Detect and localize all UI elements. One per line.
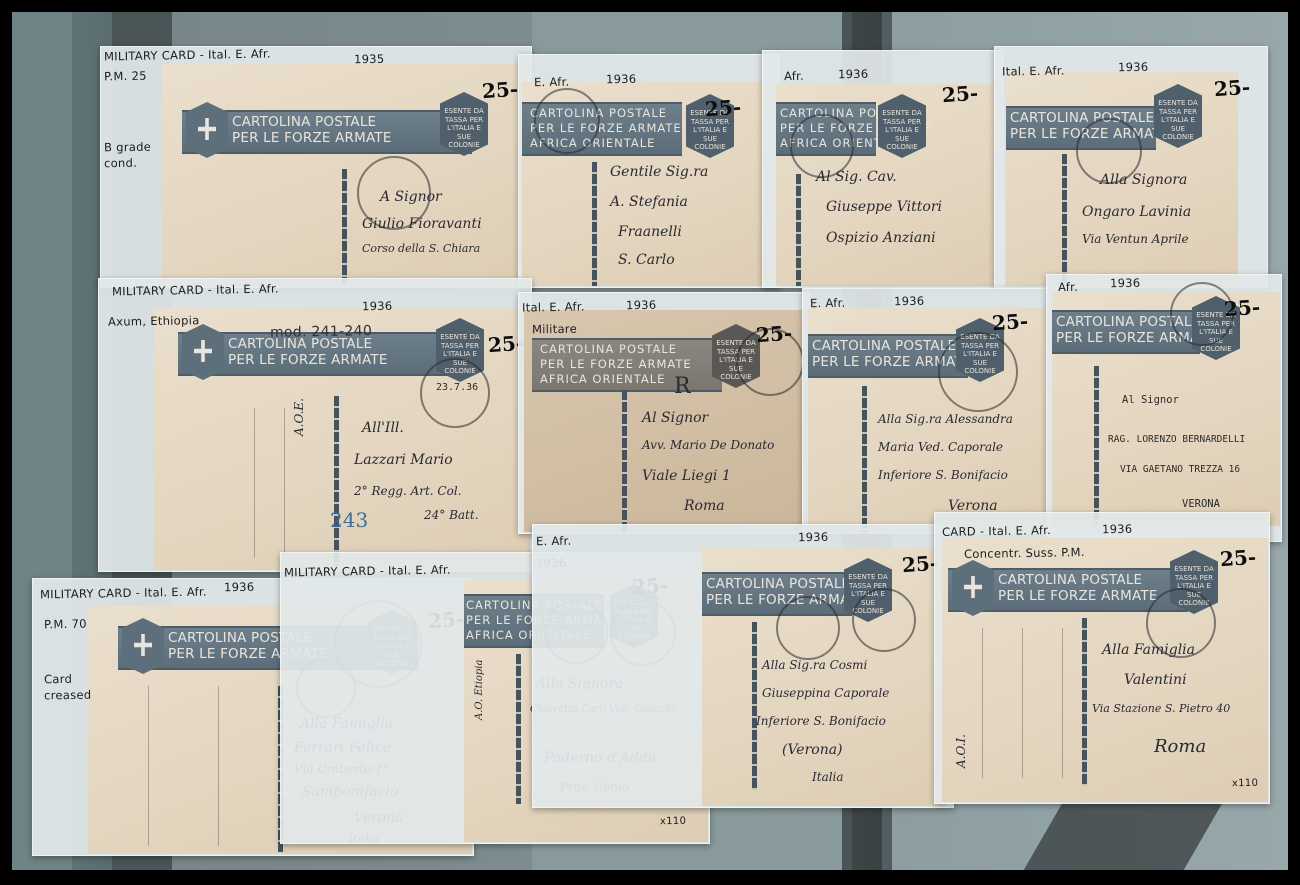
stamp-icon: ESENTE DA TASSA PER L'ITALIA E SUE COLON… bbox=[440, 92, 488, 156]
stamp-icon: ESENTE DA TASSA PER L'ITALIA E SUE COLON… bbox=[878, 94, 926, 158]
card-12: CARTOLINA POSTALEPER LE FORZE ARMATE ESE… bbox=[942, 538, 1268, 802]
flagpole-icon bbox=[334, 396, 339, 566]
flagpole-icon bbox=[516, 654, 521, 804]
crest-icon bbox=[182, 324, 224, 380]
card-1: CARTOLINA POSTALEPER LE FORZE ARMATE ESE… bbox=[162, 64, 532, 286]
flagpole-icon bbox=[622, 390, 627, 532]
flagpole-icon bbox=[1082, 618, 1087, 786]
postmark-icon bbox=[852, 588, 916, 652]
postmark-icon bbox=[776, 596, 840, 660]
flagpole-icon bbox=[1094, 366, 1099, 524]
crest-icon bbox=[122, 618, 164, 674]
postmark-icon bbox=[938, 332, 1018, 412]
flagpole-icon bbox=[752, 622, 757, 790]
quantity-note: x110 bbox=[1232, 778, 1258, 789]
quantity-note: x110 bbox=[660, 816, 686, 827]
postmark-icon bbox=[420, 358, 490, 428]
card-5: CARTOLINA POSTALEPER LE FORZE ARMATE ESE… bbox=[154, 308, 530, 570]
postmark-icon bbox=[534, 88, 600, 154]
flagpole-icon bbox=[592, 162, 597, 286]
stamp-icon: ESENTE DA TASSA PER L'ITALIA E SUE COLON… bbox=[1154, 84, 1202, 148]
card-label: MILITARY CARD - Ital. E. Afr. bbox=[104, 47, 271, 64]
card-3: CARTOLINA POSTALEPER LE FORZE ARMATEAFRI… bbox=[776, 84, 998, 286]
card-title: CARTOLINA POSTALEPER LE FORZE ARMATE bbox=[232, 114, 392, 146]
card-8: CARTOLINA POSTALEPER LE FORZE ARMATE ESE… bbox=[1052, 292, 1280, 526]
crest-icon bbox=[186, 102, 228, 158]
registered-mark: R bbox=[674, 374, 691, 399]
photograph: CARTOLINA POSTALEPER LE FORZE ARMATE ESE… bbox=[12, 12, 1288, 870]
crest-icon bbox=[952, 560, 994, 616]
flagpole-icon bbox=[862, 386, 867, 532]
card-4: CARTOLINA POSTALEPER LE FORZE ARMATE ESE… bbox=[1006, 72, 1238, 286]
card-7: CARTOLINA POSTALEPER LE FORZE ARMATE ESE… bbox=[808, 308, 1052, 532]
card-11: CARTOLINA POSTALEPER LE FORZE ARMATE ESE… bbox=[702, 548, 946, 806]
flagpole-icon bbox=[1062, 154, 1067, 286]
flagpole-icon bbox=[796, 174, 801, 286]
price-tag: 25- bbox=[481, 77, 519, 103]
flagpole-icon bbox=[342, 169, 347, 284]
blue-pencil-mark: 243 bbox=[330, 508, 368, 532]
